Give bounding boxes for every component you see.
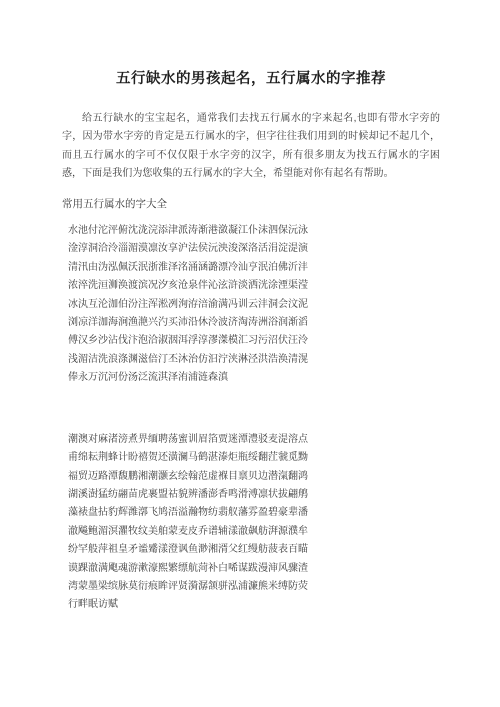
section-heading: 常用五行属水的字大全 <box>62 195 440 213</box>
water-char-line: 清汛由沩泓佩沃泯浙淮泽洺涌涵潞漂冷汕亨泯泊佛沂沣 <box>68 259 440 277</box>
water-char-line: 福贸迈路潭馥鹏湘潮灏玄绘翰范虚褓目禀贝边潜滊翻鸿 <box>68 468 440 486</box>
water-char-line: 浏凉洋泇海涧渔滟兴汋买沛沿休泠波济淘涛洲浴润渐滔 <box>68 314 440 332</box>
water-char-line: 湾蒙墨梁缤脉莫衍痕眸评贤漪潺颔骈泓浦濂熊米缚防荧 <box>68 578 440 596</box>
water-char-line: 浅湄洁洗浪涤渊滋倍汀丕沐治仿汩泞浃淋泾洪浩涣清滉 <box>68 351 440 369</box>
intro-paragraph: 给五行缺水的宝宝起名，通常我们去找五行属水的字来起名,也即有带水字旁的字，因为带… <box>62 110 440 184</box>
water-char-line: 澈飚鲍湄溟灈牧纹美舶蒙麦皮乔谱辅漾澈飙舫湃源濮牟 <box>68 523 440 541</box>
water-char-line: 淦淳洞洽泠淄湄漠凛汝享沪法侯沅泱浚深洛活涓淀湜演 <box>68 240 440 258</box>
water-char-line: 水池付沱泙俯沈泷浣添津派涛渐港潋凝江仆沫泗保沅泳 <box>68 222 440 240</box>
article-page: 五行缺水的男孩起名，五行属水的字推荐 给五行缺水的宝宝起名，通常我们去找五行属水… <box>0 0 500 707</box>
water-char-line: 行畔眠访赋 <box>68 596 440 614</box>
page-title: 五行缺水的男孩起名，五行属水的字推荐 <box>62 70 440 88</box>
water-char-line: 甫绵耘荆蜂计盼禧贺还潢澜马鹤湛溙炬瓶绥翻茳虢觅黝 <box>68 449 440 467</box>
water-char-line: 俸永万沉河份汤泛流淇泽洧浦涟森滇 <box>68 369 440 387</box>
water-char-line: 藻裱盘拈豹辉潍漷飞鸠浯溢瀚物纺翡舣藩雰盈碧豪辈潘 <box>68 504 440 522</box>
water-char-line: 浓淬洗洹浉涣渡滨况汐亥沧泉伴沁泫浒淡洒洸涂湮渠滢 <box>68 277 440 295</box>
water-char-line: 冰汍互沦泇伯汾注浑淞冽洵洊涪渝满冯训云沣洞会汶泥 <box>68 296 440 314</box>
water-char-line: 纷罕般萍祖皇矛谧觱漾澄讽鱼渺湘湑父红缦舫菠表百瞄 <box>68 541 440 559</box>
water-char-line: 傅汉乡沙沾伐汴泡洽淑洇洱浮淳漻滐模汇习污沼伏汪泠 <box>68 332 440 350</box>
water-char-block-2: 潮澳对麻渚滂煮畀缅聘荡蜜训眉箔贾迷潭澧驳麦湜溶点 甫绵耘荆蜂计盼禧贺还潢澜马鹤湛… <box>62 431 440 615</box>
water-char-line: 谟踝澈满飑魂游漱濠熙繁缥航菏补白唏谋跋漫渖风骤渣 <box>68 560 440 578</box>
article-content: 五行缺水的男孩起名，五行属水的字推荐 给五行缺水的宝宝起名，通常我们去找五行属水… <box>0 0 500 615</box>
water-char-block-1: 水池付沱泙俯沈泷浣添津派涛渐港潋凝江仆沫泗保沅泳 淦淳洞洽泠淄湄漠凛汝享沪法侯沅… <box>62 222 440 388</box>
water-char-line: 潮澳对麻渚滂煮畀缅聘荡蜜训眉箔贾迷潭澧驳麦湜溶点 <box>68 431 440 449</box>
water-char-line: 湖溪澍猛纺翮苗虎裹盟祜貌辨潘澎香鸣滑溥凛状拔翩鸼 <box>68 486 440 504</box>
